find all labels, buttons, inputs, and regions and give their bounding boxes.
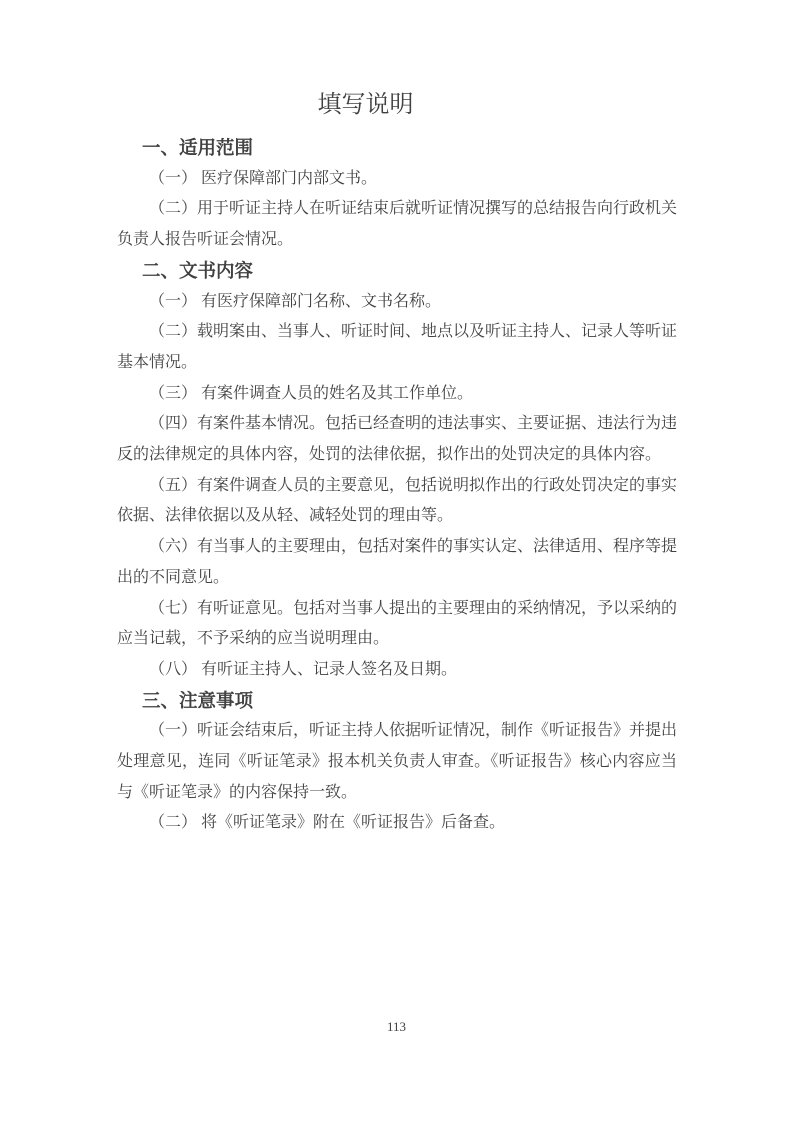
- document-body: 一、适用范围 （一） 医疗保障部门内部文书。 （二）用于听证主持人在听证结束后就…: [117, 133, 677, 839]
- section-2-heading: 二、文书内容: [117, 256, 677, 287]
- section-3-heading: 三、注意事项: [117, 686, 677, 717]
- paragraph: （二）载明案由、当事人、听证时间、地点以及听证主持人、记录人等听证基本情况。: [117, 317, 677, 378]
- paragraph: （五）有案件调查人员的主要意见，包括说明拟作出的行政处罚决定的事实依据、法律依据…: [117, 471, 677, 532]
- paragraph: （二）用于听证主持人在听证结束后就听证情况撰写的总结报告向行政机关负责人报告听证…: [117, 194, 677, 255]
- paragraph: （二） 将《听证笔录》附在《听证报告》后备查。: [117, 808, 677, 839]
- paragraph: （七）有听证意见。包括对当事人提出的主要理由的采纳情况，予以采纳的应当记载，不予…: [117, 594, 677, 655]
- page-title: 填写说明: [0, 0, 762, 120]
- paragraph: （六）有当事人的主要理由，包括对案件的事实认定、法律适用、程序等提出的不同意见。: [117, 532, 677, 593]
- paragraph: （八） 有听证主持人、记录人签名及日期。: [117, 655, 677, 686]
- section-1-heading: 一、适用范围: [117, 133, 677, 164]
- document-page: 填写说明 一、适用范围 （一） 医疗保障部门内部文书。 （二）用于听证主持人在听…: [0, 0, 793, 1122]
- page-number: 113: [0, 1019, 793, 1035]
- paragraph: （一） 医疗保障部门内部文书。: [117, 164, 677, 195]
- paragraph: （三） 有案件调查人员的姓名及其工作单位。: [117, 379, 677, 410]
- paragraph: （四）有案件基本情况。包括已经查明的违法事实、主要证据、违法行为违反的法律规定的…: [117, 409, 677, 470]
- paragraph: （一） 有医疗保障部门名称、文书名称。: [117, 287, 677, 318]
- paragraph: （一）听证会结束后，听证主持人依据听证情况，制作《听证报告》并提出处理意见，连同…: [117, 716, 677, 808]
